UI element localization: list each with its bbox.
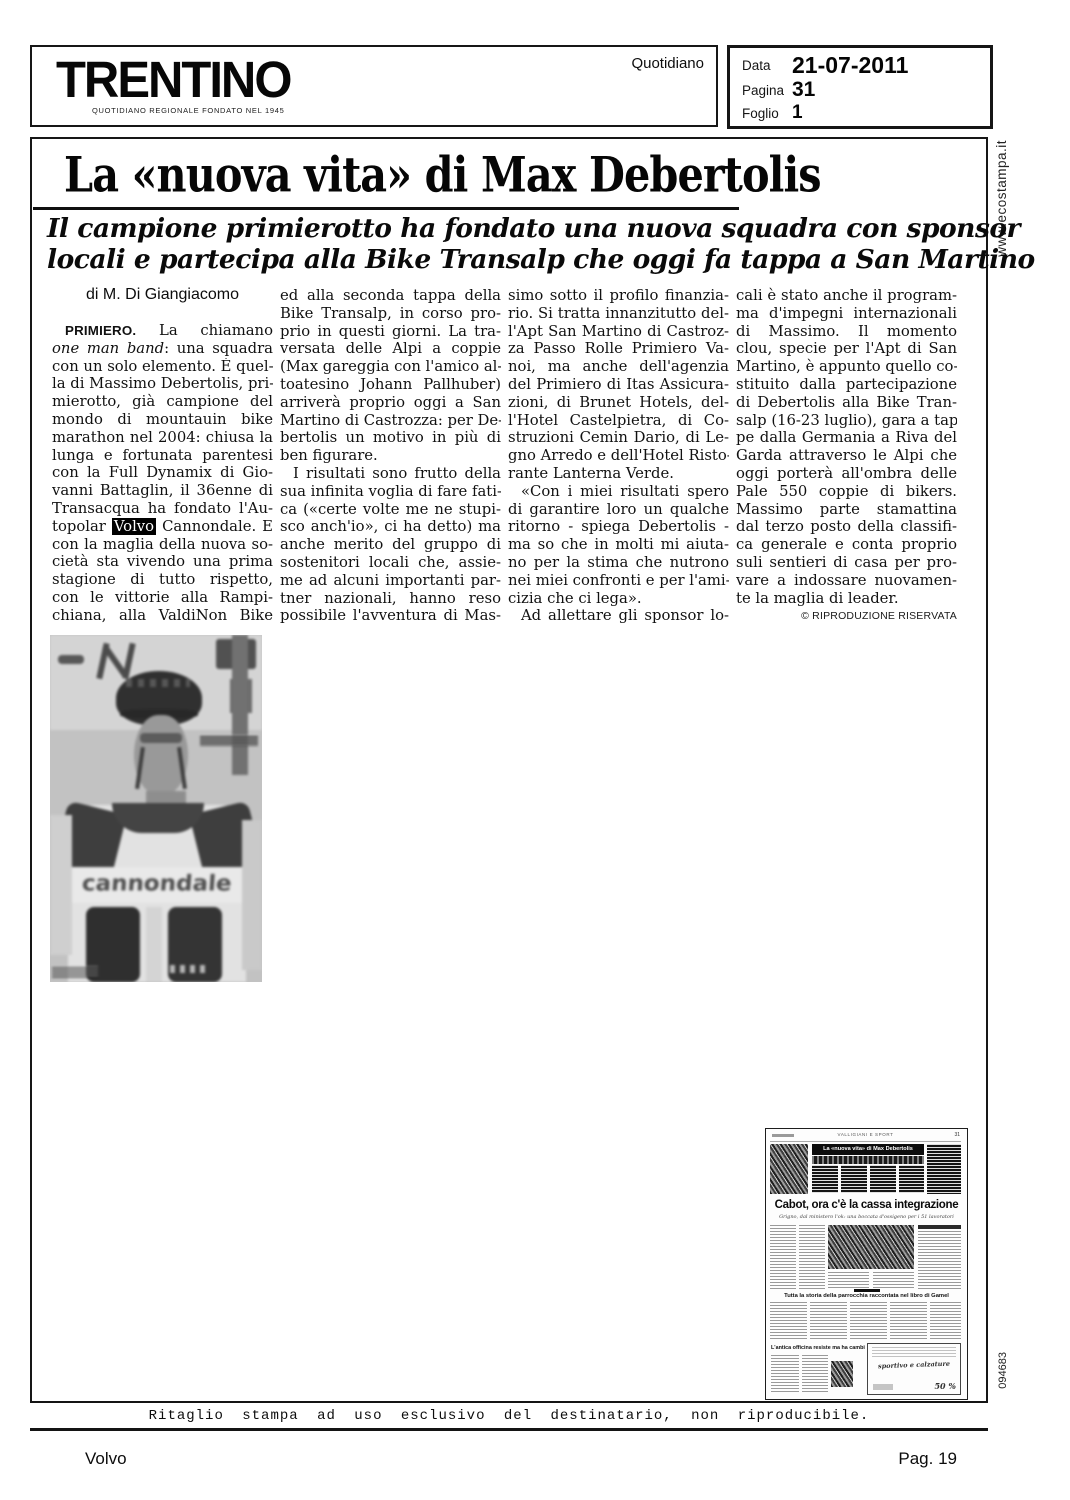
article-line: di Debertolis alla Bike Tran- [736,394,957,412]
article-line: suli sentieri di casa per pro- [736,554,957,572]
article-line: toatesino Johann Pallhuber) [280,376,501,394]
article-line: tner nazionali, hanno reso [280,590,501,608]
thumb-mid-kicker [854,1289,880,1292]
footer-strip: Ritaglio stampa ad uso esclusivo del des… [30,1401,988,1431]
article-line: con la maglia della nuova so- [52,536,273,554]
article-line: Transacqua ha fondato l'Au- [52,500,273,518]
article-column-2: ed alla seconda tappa dellaBike Transalp… [280,287,501,625]
article-line: sostenitori locali che, assie- [280,554,501,572]
thumb-ad-box: sportivo e calzature 50 % [867,1343,961,1395]
article-line: dal terzo posto della classifi- [736,518,957,536]
thumb-text-block [899,1165,924,1193]
article-line: ma d'impegni internazionali [736,305,957,323]
article-line: mondo di mountauin bike [52,411,273,429]
thumb-ad-percent: 50 % [934,1381,956,1391]
article-line: Ad allettare gli sponsor lo- [508,607,729,625]
jersey-brand-text: cannondale [81,872,232,897]
article-line: zioni, di Brunet Hotels, del- [508,394,729,412]
article-line: stagione di tutto rispetto, [52,571,273,589]
article-line: anche merito del gruppo di [280,536,501,554]
article-line: (Max gareggia con l'amico al- [280,358,501,376]
vest-zipper [146,907,162,982]
article-title: La «nuova vita» di Max Debertolis [64,146,821,203]
article-line: sua infinita voglia di fare fati- [280,483,501,501]
article-line: arriverà proprio oggi a San [280,394,501,412]
article-line: cizia che ci lega». [508,590,729,608]
article-line: no per la stima che nutrono [508,554,729,572]
thumb-sidebar [918,1225,961,1289]
background-sign [200,735,258,746]
article-line: di Massimo. Il momento [736,323,957,341]
article-line: rante Lanterna Verde. [508,465,729,483]
thumb-text-col [771,1355,799,1393]
article-line: nei miei confronti e per l'ami- [508,572,729,590]
article-line: Bike Transalp, in corso pro- [280,305,501,323]
article-line: Pale 550 coppie di bikers. [736,483,957,501]
newspaper-logo: TRENTINO [56,51,290,109]
article-line: Martino, è appunto quello co- [736,358,957,376]
article-line: chiana, alla ValdiNon Bike [52,607,273,625]
sheet-label: Foglio [742,106,779,121]
article-line: ritorno - spiega Debertolis - [508,518,729,536]
article-line: gno Arredo e dell'Hotel Risto- [508,447,729,465]
thumb-text-row [930,1302,961,1340]
newspaper-tagline: QUOTIDIANO REGIONALE FONDATO NEL 1945 [92,106,284,115]
date-label: Data [742,58,771,73]
article-line: con un solo elemento. È quel- [52,358,273,376]
article-line: te la maglia di leader. [736,590,957,608]
thumb-page-number: 31 [954,1132,960,1138]
press-clipping-page: TRENTINO QUOTIDIANO REGIONALE FONDATO NE… [0,0,1070,1500]
thumb-text-block [812,1165,838,1193]
article-line: Massimo parte stamattina [736,501,957,519]
article-line: possibile l'avventura di Mas- [280,607,501,625]
article-line: rio. Si tratta innanzitutto del- [508,305,729,323]
article-line: I risultati sono frutto della [280,465,501,483]
banner-mark [58,655,84,664]
photo-blur-layer: cannondale [50,635,262,982]
thumb-highlight-subtitle [812,1156,924,1164]
article-line: one man band: una squadra [52,340,273,358]
date-value: 21-07-2011 [792,52,908,79]
article-line: cali è stato anche il program- [736,287,957,305]
corner-marks [52,966,98,978]
article-line: Martino di Castrozza: per De- [280,412,501,430]
article-line: ma so che in molti mi aiuta- [508,536,729,554]
thumb-small-image [831,1361,853,1387]
thumb-text-block [870,1165,896,1193]
article-line: l'Apt San Martino di Castroz- [508,323,729,341]
article-line: bertolis un motivo in più di [280,429,501,447]
page-thumbnail: VALLIGIANI E SPORT 31 La «nuova vita» di… [765,1128,968,1400]
article-line: pe dalla Germania a Riva del [736,429,957,447]
arm-left [50,815,72,955]
article-line: cietà sta vivendo una prima [52,553,273,571]
copyright-notice: © RIPRODUZIONE RISERVATA [736,610,957,622]
thumb-main-subheadline: Grigno, dal ministero l'ok: una boccata … [774,1214,959,1220]
article-line: oggi porterà all'ombra delle [736,465,957,483]
article-line: l'Hotel Castelpietra, di Co- [508,412,729,430]
article-byline: di M. Di Giangiacomo [52,286,273,304]
article-subtitle: Il campione primierotto ha fondato una n… [47,213,1035,275]
article-line: sco anch'io», ci ha detto) ma [280,518,501,536]
article-line: prio in questi giorni. La tra- [280,323,501,341]
title-divider [33,207,739,210]
thumb-article-photo [770,1144,808,1194]
thumb-header-row: VALLIGIANI E SPORT 31 [770,1132,961,1142]
article-line: vare a indossare nuovamen- [736,572,957,590]
thumb-main-headline: Cabot, ora c'è la cassa integrazione [770,1199,963,1211]
article-line: za Passo Rolle Primiero Va- [508,340,729,358]
article-column-3: simo sotto il profilo finanzia-rio. Si t… [508,287,729,625]
thumb-ad-text: sportivo e calzature [868,1359,960,1370]
sheet-value: 1 [792,102,803,124]
article-line: ed alla seconda tappa della [280,287,501,305]
footer-disclaimer: Ritaglio stampa ad uso esclusivo del des… [30,1408,988,1424]
highlighted-keyword: Volvo [112,518,156,535]
subtitle-line-2: locali e partecipa alla Bike Transalp ch… [47,244,1035,275]
background-pole [232,635,248,775]
article-line: ca generale e conta proprio [736,536,957,554]
thumb-mid-headline: Tutta la storia della parrocchia raccont… [770,1293,963,1299]
thumb-side-block [927,1144,961,1194]
jersey-chest-band: cannondale [70,867,244,903]
thumb-highlight-article: La «nuova vita» di Max Debertolis [812,1144,924,1194]
thumb-text-col [873,1272,914,1289]
thumb-center-image [828,1225,914,1269]
helmet-vents [126,679,190,687]
article-line: noi, ma anche dell'agenzia [508,358,729,376]
article-line: Garda attraverso le Alpi che [736,447,957,465]
cyclist-photo: cannondale [50,635,262,982]
subtitle-line-1: Il campione primierotto ha fondato una n… [47,213,1035,244]
article-line: struzioni Cemin Dario, di Le- [508,429,729,447]
article-line: salp (16-23 luglio), gara a tap- [736,412,957,430]
article-line: con la Full Dynamix di Gio- [52,464,273,482]
article-line: topolar Volvo Cannondale. E [52,518,273,536]
footer-page-number: Pag. 19 [898,1449,957,1469]
article-line: me ad alcuni importanti par- [280,572,501,590]
article-line: «Con i miei risultati spero [508,483,729,501]
thumb-text-row [770,1302,807,1340]
article-line: di garantire loro un qualche [508,501,729,519]
article-line: vanni Battaglin, il 36enne di [52,482,273,500]
thumb-bottom-headline: L'antica officina resiste ma ha cambiato… [771,1345,865,1351]
article-column-1: PRIMIERO. La chiamanoone man band: una s… [52,322,273,625]
thumb-text-col [799,1225,825,1289]
clipping-code: 094683 [997,1352,1009,1389]
thumb-text-col [802,1355,828,1393]
thumb-ad-smudge [873,1384,893,1390]
thumb-highlight-title: La «nuova vita» di Max Debertolis [812,1144,924,1155]
arm-right [242,820,262,970]
article-line: ca («certe volte me ne stupi- [280,501,501,519]
article-line: versata delle Alpi a coppie [280,340,501,358]
thumb-text-block [841,1165,867,1193]
page-label: Pagina [742,83,784,98]
article-line: stituito dalla partecipazione [736,376,957,394]
newspaper-logo-box: TRENTINO QUOTIDIANO REGIONALE FONDATO NE… [30,45,718,127]
article-column-4: cali è stato anche il program-ma d'impeg… [736,287,957,622]
article-line: simo sotto il profilo finanzia- [508,287,729,305]
article-line: clou, specie per l'Apt di San [736,340,957,358]
page-value: 31 [792,78,815,102]
thumb-text-col [828,1272,869,1289]
sunglasses [140,733,182,743]
article-line: marathon nel 2004: chiusa la [52,429,273,447]
publication-type-label: Quotidiano [631,55,704,72]
article-line: la di Massimo Debertolis, pri- [52,375,273,393]
thumb-text-row [850,1302,887,1340]
article-line: ben figurare. [280,447,501,465]
article-line: mierotto, già campione del [52,393,273,411]
thumb-text-row [890,1302,927,1340]
bib-marks [170,965,210,973]
article-line: del Primiero di Itas Assicura- [508,376,729,394]
article-line: PRIMIERO. La chiamano [52,322,273,340]
thumb-text-col [770,1225,796,1289]
article-line: lunga e fortunata parentesi [52,447,273,465]
clipping-meta-box: Data 21-07-2011 Pagina 31 Foglio 1 [727,45,993,129]
footer-keyword: Volvo [85,1449,127,1469]
thumb-text-row [810,1302,847,1340]
thumb-section-title: VALLIGIANI E SPORT [770,1132,961,1137]
article-line: con le vittorie alla Rampi- [52,589,273,607]
